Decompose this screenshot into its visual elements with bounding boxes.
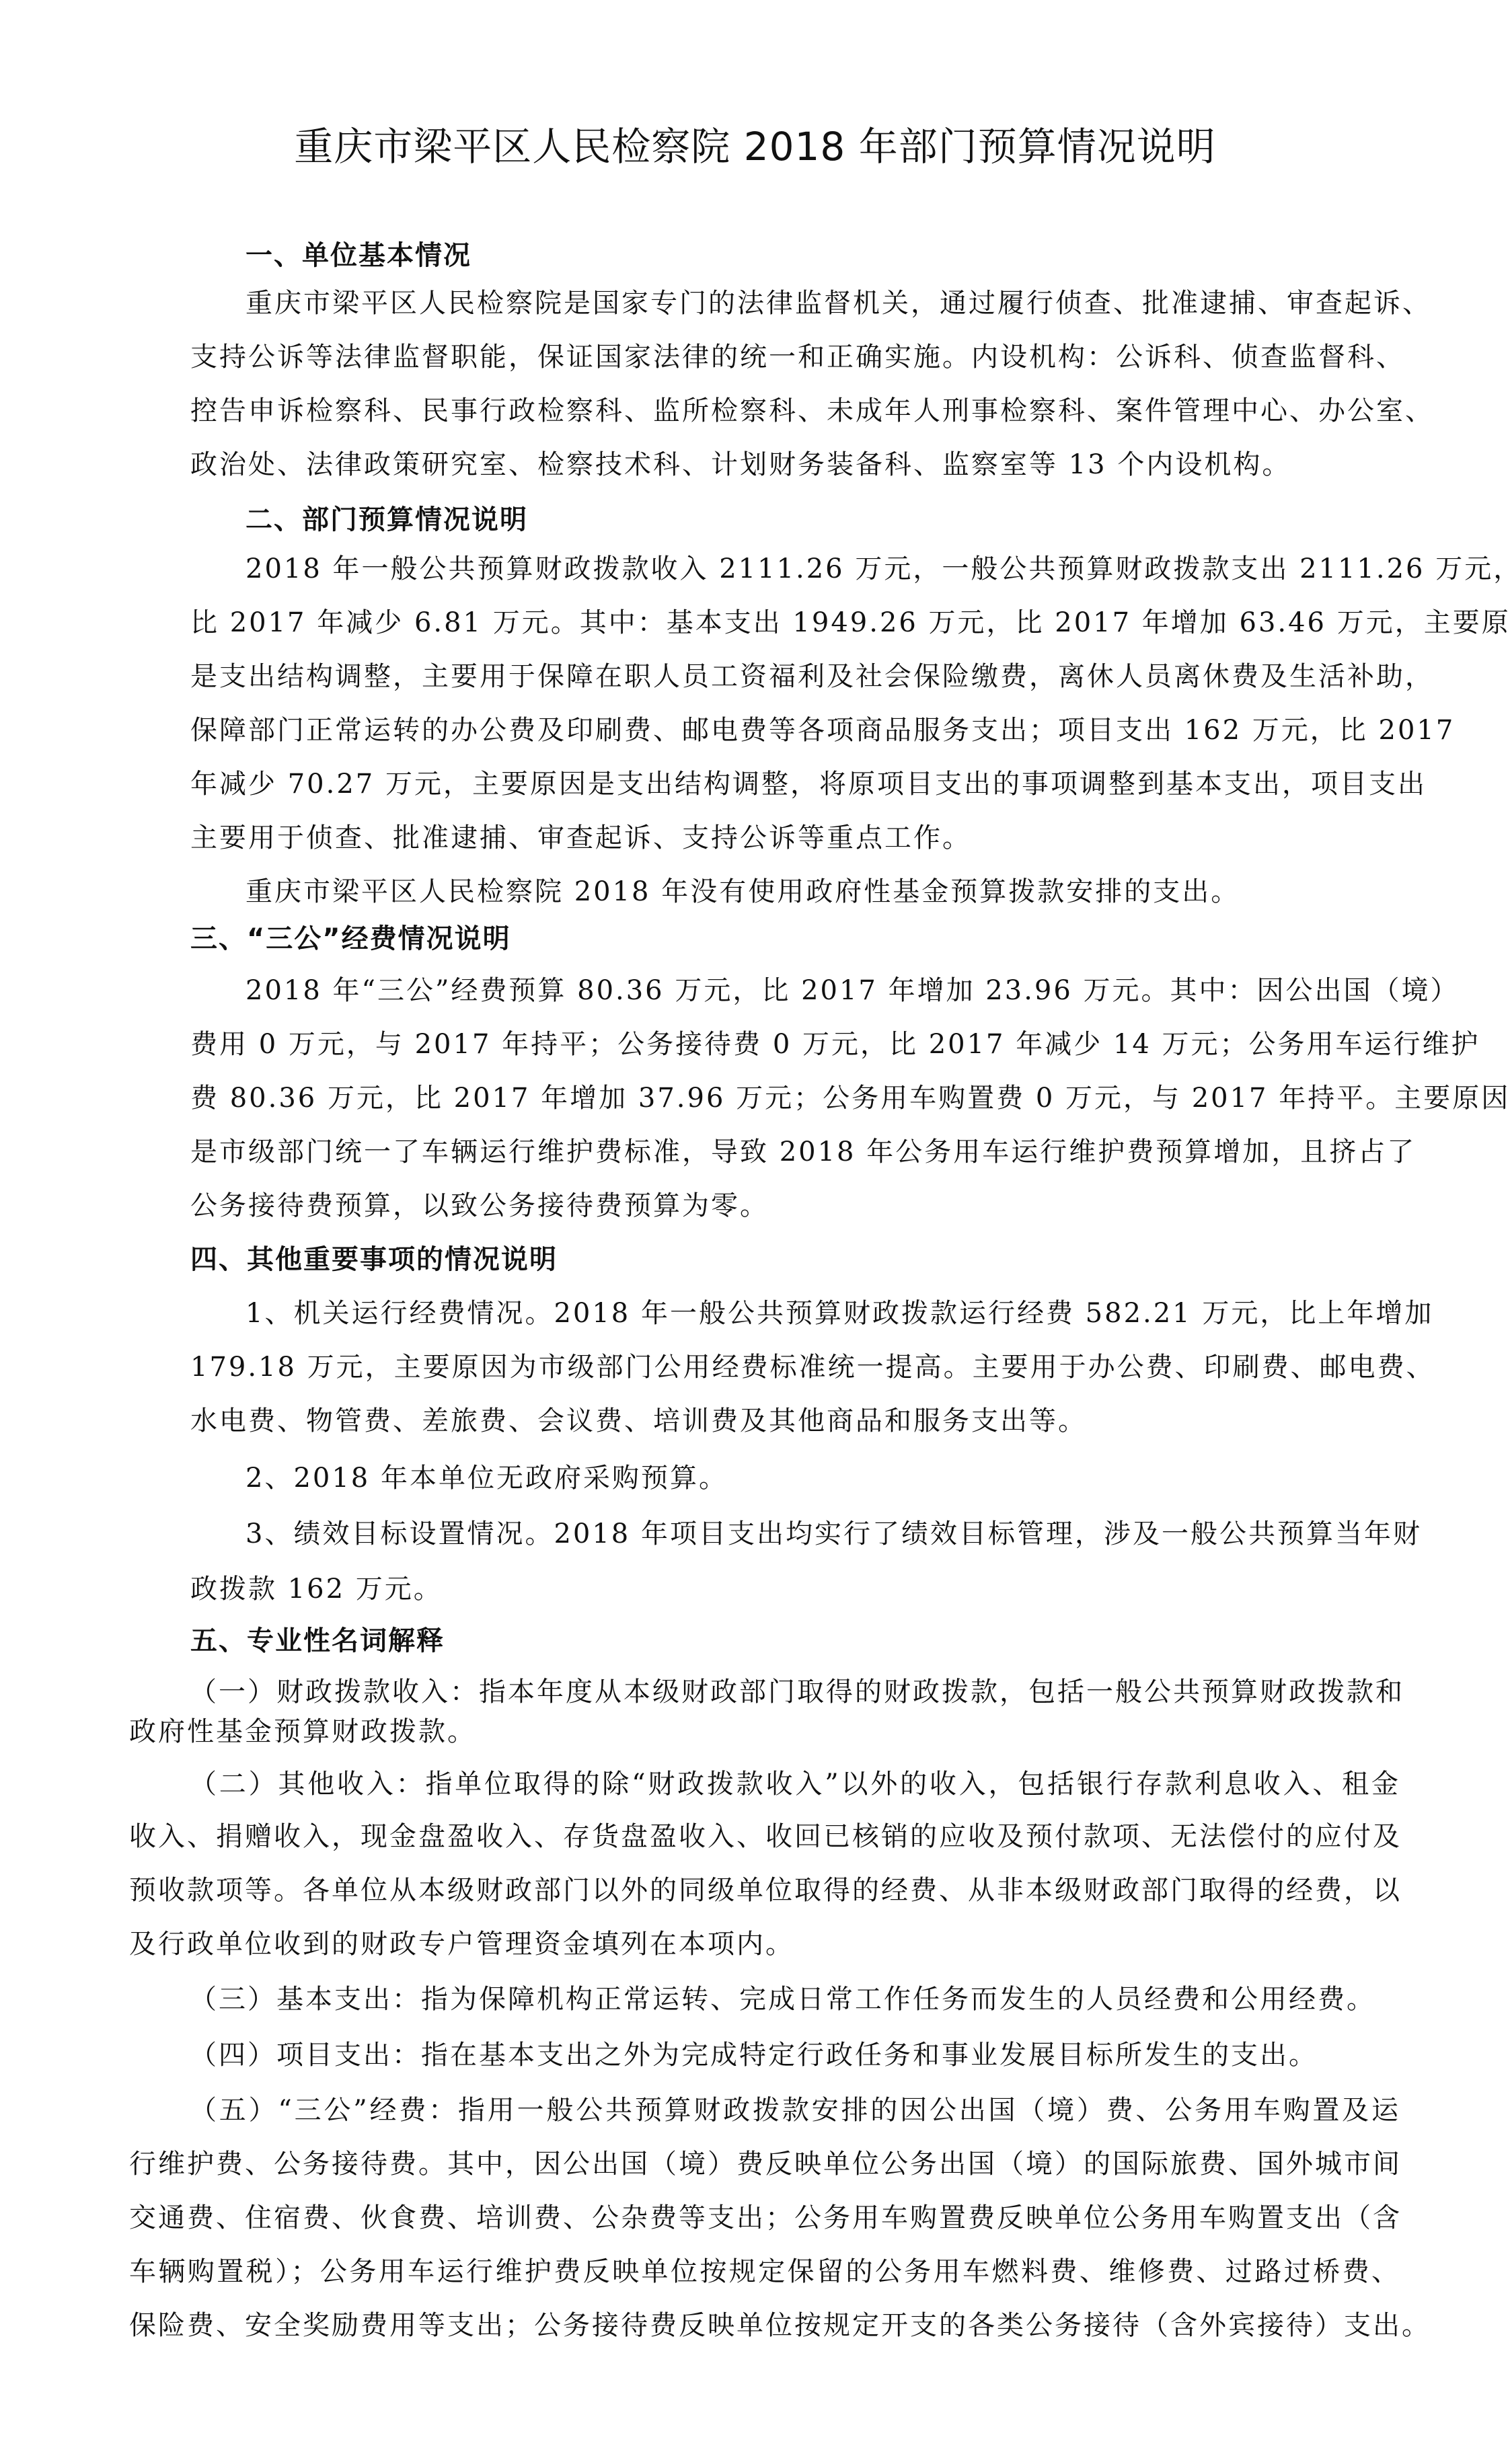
definition-line: （一）财政拨款收入：指本年度从本级财政部门取得的财政拨款，包括一般公共预算财政拨…: [190, 1673, 1400, 1711]
definition-line: 保险费、安全奖励费用等支出；公务接待费反映单位按规定开支的各类公务接待（含外宾接…: [129, 2307, 1400, 2344]
definition-line: （五）“三公”经费：指用一般公共预算财政拨款安排的因公出国（境）费、公务用车购置…: [190, 2091, 1400, 2129]
definition-line: 车辆购置税）；公务用车运行维护费反映单位按规定保留的公务用车燃料费、维修费、过路…: [129, 2253, 1400, 2290]
section-heading-4: 四、其他重要事项的情况说明: [190, 1241, 558, 1278]
definition-line: 交通费、住宿费、伙食费、培训费、公杂费等支出；公务用车购置费反映单位公务用车购置…: [129, 2199, 1400, 2237]
definition-line: 收入、捐赠收入，现金盘盈收入、存货盘盈收入、收回已核销的应收及预付款项、无法偿付…: [129, 1818, 1400, 1855]
paragraph-line: 费用 0 万元，与 2017 年持平；公务接待费 0 万元，比 2017 年减少…: [190, 1026, 1401, 1063]
list-item-line: 2、2018 年本单位无政府采购预算。: [246, 1459, 728, 1497]
paragraph-line: 保障部门正常运转的办公费及印刷费、邮电费等各项商品服务支出；项目支出 162 万…: [190, 711, 1401, 749]
paragraph-line: 2018 年“三公”经费预算 80.36 万元，比 2017 年增加 23.96…: [246, 972, 1401, 1009]
list-item-line: 政拨款 162 万元。: [190, 1570, 1401, 1608]
definition-line: 行维护费、公务接待费。其中，因公出国（境）费反映单位公务出国（境）的国际旅费、国…: [129, 2145, 1400, 2183]
paragraph-line: 主要用于侦查、批准逮捕、审查起诉、支持公诉等重点工作。: [190, 819, 1401, 857]
definition-line: 及行政单位收到的财政专户管理资金填列在本项内。: [129, 1925, 1400, 1963]
definition-line: 政府性基金预算财政拨款。: [129, 1713, 1400, 1750]
paragraph-line: 是市级部门统一了车辆运行维护费标准，导致 2018 年公务用车运行维护费预算增加…: [190, 1133, 1401, 1171]
section-heading-1: 一、单位基本情况: [246, 237, 471, 274]
definition-line: （四）项目支出：指在基本支出之外为完成特定行政任务和事业发展目标所发生的支出。: [190, 2036, 1318, 2074]
list-item-line: 179.18 万元，主要原因为市级部门公用经费标准统一提高。主要用于办公费、印刷…: [190, 1348, 1401, 1386]
list-item-line: 3、绩效目标设置情况。2018 年项目支出均实行了绩效目标管理，涉及一般公共预算…: [246, 1515, 1401, 1553]
paragraph-line: 2018 年一般公共预算财政拨款收入 2111.26 万元，一般公共预算财政拨款…: [246, 550, 1401, 588]
paragraph-line: 比 2017 年减少 6.81 万元。其中：基本支出 1949.26 万元，比 …: [190, 604, 1401, 642]
list-item-line: 水电费、物管费、差旅费、会议费、培训费及其他商品和服务支出等。: [190, 1402, 1401, 1440]
paragraph-line: 政治处、法律政策研究室、检察技术科、计划财务装备科、监察室等 13 个内设机构。: [190, 446, 1401, 484]
section-heading-5: 五、专业性名词解释: [190, 1622, 445, 1660]
document-page: 重庆市梁平区人民检察院 2018 年部门预算情况说明 一、单位基本情况 重庆市梁…: [0, 0, 1510, 2464]
section-heading-3: 三、“三公”经费情况说明: [190, 920, 511, 958]
paragraph-line: 支持公诉等法律监督职能，保证国家法律的统一和正确实施。内设机构：公诉科、侦查监督…: [190, 338, 1401, 376]
paragraph-line: 年减少 70.27 万元，主要原因是支出结构调整，将原项目支出的事项调整到基本支…: [190, 765, 1401, 803]
definition-line: （三）基本支出：指为保障机构正常运转、完成日常工作任务而发生的人员经费和公用经费…: [190, 1980, 1375, 2018]
definition-line: 预收款项等。各单位从本级财政部门以外的同级单位取得的经费、从非本级财政部门取得的…: [129, 1872, 1400, 1909]
section-heading-2: 二、部门预算情况说明: [246, 501, 528, 539]
paragraph-line: 是支出结构调整，主要用于保障在职人员工资福利及社会保险缴费，离休人员离休费及生活…: [190, 658, 1401, 695]
definition-line: （二）其他收入：指单位取得的除“财政拨款收入”以外的收入，包括银行存款利息收入、…: [190, 1765, 1400, 1803]
paragraph-line: 控告申诉检察科、民事行政检察科、监所检察科、未成年人刑事检察科、案件管理中心、办…: [190, 392, 1401, 430]
paragraph-line: 费 80.36 万元，比 2017 年增加 37.96 万元；公务用车购置费 0…: [190, 1079, 1401, 1117]
paragraph-line: 重庆市梁平区人民检察院是国家专门的法律监督机关，通过履行侦查、批准逮捕、审查起诉…: [246, 284, 1401, 322]
list-item-line: 1、机关运行经费情况。2018 年一般公共预算财政拨款运行经费 582.21 万…: [246, 1295, 1401, 1332]
paragraph-line: 重庆市梁平区人民检察院 2018 年没有使用政府性基金预算拨款安排的支出。: [246, 873, 1240, 911]
paragraph-line: 公务接待费预算，以致公务接待费预算为零。: [190, 1187, 1401, 1225]
document-title: 重庆市梁平区人民检察院 2018 年部门预算情况说明: [0, 120, 1510, 174]
